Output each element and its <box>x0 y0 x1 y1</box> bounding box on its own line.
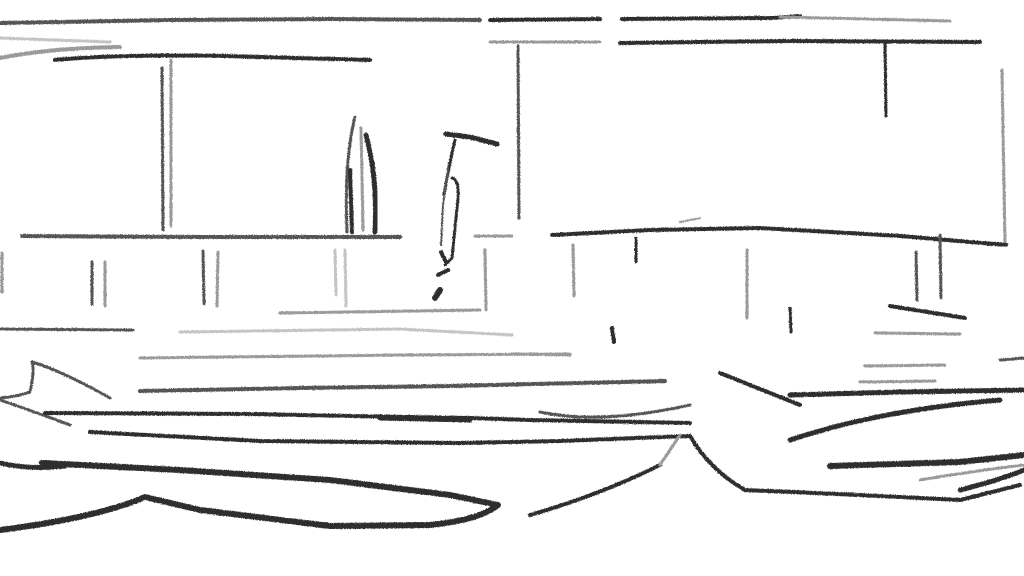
water-lines <box>0 306 1024 391</box>
sketch-canvas <box>0 0 1024 576</box>
umbrella-figure <box>435 134 497 298</box>
cypress-trees <box>346 117 375 232</box>
roof-lines <box>0 16 980 60</box>
railing-posts <box>2 235 941 332</box>
roof-posts <box>162 42 1005 245</box>
boat-hulls <box>0 362 1024 530</box>
